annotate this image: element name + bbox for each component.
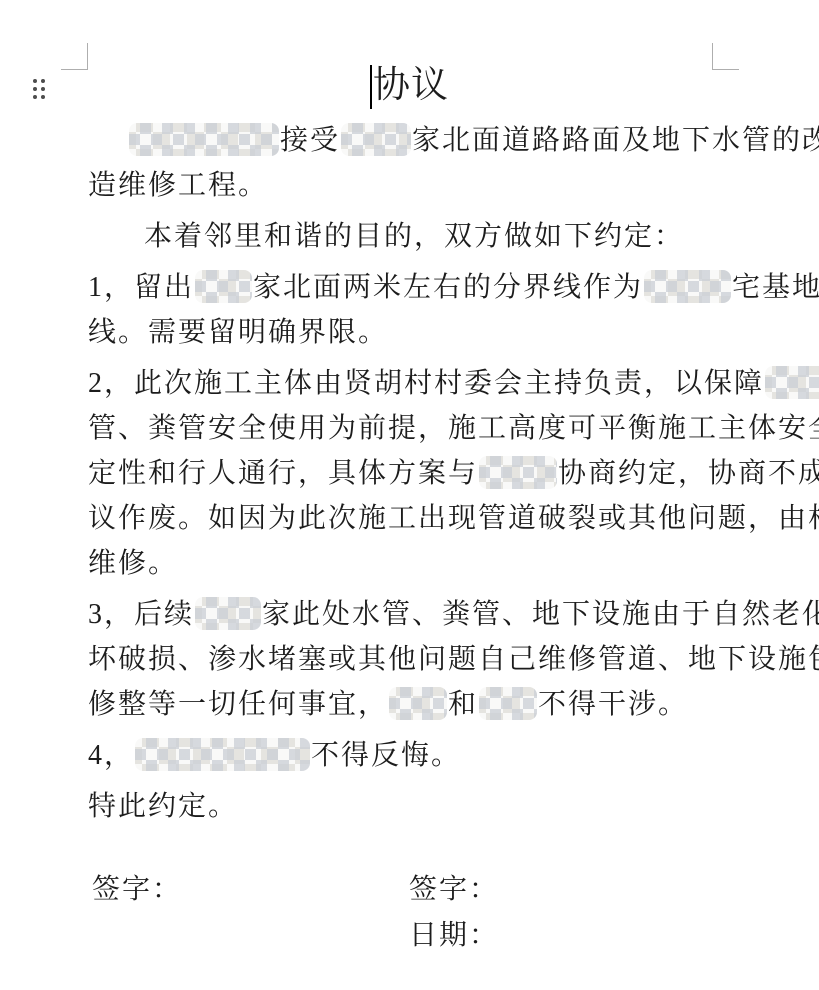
signature-label-right: 签字： (409, 874, 499, 905)
document-page[interactable]: 协议 接受家北面道路路面及地下水管的改造维修工程。本着邻里和谐的目的，双方做如下… (0, 0, 819, 990)
drag-handle-icon[interactable] (33, 79, 45, 99)
text-run: 接受 (280, 125, 340, 156)
paragraph: 接受家北面道路路面及地下水管的改造维修工程。 (88, 118, 718, 208)
text-run: 3，后续 (88, 599, 194, 630)
mosaic-redaction (341, 123, 411, 156)
mosaic-redaction (644, 270, 731, 303)
text-run: 家北面道路路面及地下水管的改 (412, 125, 819, 156)
text-line: 特此约定。 (88, 784, 718, 829)
text-run: 管、粪管安全使用为前提，施工高度可平衡施工主体安全性、稳 (88, 413, 819, 444)
signature-label-left: 签字： (92, 867, 409, 913)
text-run: 家北面两米左右的分界线作为 (253, 272, 643, 303)
text-run: 本着邻里和谐的目的，双方做如下约定： (144, 221, 684, 252)
mosaic-redaction (129, 123, 279, 156)
text-line: 1，留出家北面两米左右的分界线作为宅基地分界 (88, 265, 718, 310)
text-line: 本着邻里和谐的目的，双方做如下约定： (88, 214, 718, 259)
signature-block: 签字：签字： 日期： (0, 867, 819, 959)
text-cursor (370, 65, 372, 109)
paragraph: 特此约定。 (88, 784, 718, 829)
text-line: 4，不得反悔。 (88, 733, 718, 778)
text-run: 2，此次施工主体由贤胡村村委会主持负责，以保障 (88, 368, 764, 399)
text-line: 接受家北面道路路面及地下水管的改 (88, 118, 718, 163)
text-run: 不得干涉。 (538, 689, 688, 720)
text-run: 不得反悔。 (311, 740, 461, 771)
text-line: 维修。 (88, 541, 718, 586)
mosaic-redaction (195, 597, 261, 630)
text-run: 议作废。如因为此次施工出现管道破裂或其他问题，由村委负责 (88, 503, 819, 534)
paragraph: 3，后续家此处水管、粪管、地下设施由于自然老化、压坏破损、渗水堵塞或其他问题自己… (88, 592, 718, 727)
text-run: 和 (448, 689, 478, 720)
text-run: 坏破损、渗水堵塞或其他问题自己维修管道、地下设施包括路面 (88, 644, 819, 675)
paragraph: 2，此次施工主体由贤胡村村委会主持负责，以保障家水管、粪管安全使用为前提，施工高… (88, 361, 718, 586)
document-body[interactable]: 接受家北面道路路面及地下水管的改造维修工程。本着邻里和谐的目的，双方做如下约定：… (0, 112, 718, 829)
mosaic-redaction (195, 270, 252, 303)
text-line: 定性和行人通行，具体方案与协商约定，协商不成，此协 (88, 451, 718, 496)
mosaic-redaction (765, 366, 819, 399)
text-run: 特此约定。 (88, 791, 238, 822)
text-run: 4， (88, 740, 134, 771)
paragraph: 本着邻里和谐的目的，双方做如下约定： (88, 214, 718, 259)
text-line: 管、粪管安全使用为前提，施工高度可平衡施工主体安全性、稳 (88, 406, 718, 451)
mosaic-redaction (479, 456, 557, 489)
text-boundary-corner-mark-right (712, 43, 739, 70)
text-run: 造维修工程。 (88, 170, 268, 201)
text-line: 2，此次施工主体由贤胡村村委会主持负责，以保障家水 (88, 361, 718, 406)
text-run: 修整等一切任何事宜， (88, 689, 388, 720)
text-run: 线。需要留明确界限。 (88, 317, 388, 348)
text-boundary-corner-mark-left (61, 43, 88, 70)
text-line: 坏破损、渗水堵塞或其他问题自己维修管道、地下设施包括路面 (88, 637, 718, 682)
text-run: 协商约定，协商不成，此协 (558, 458, 819, 489)
mosaic-redaction (389, 687, 447, 720)
text-line: 3，后续家此处水管、粪管、地下设施由于自然老化、压 (88, 592, 718, 637)
date-label: 日期： (409, 913, 499, 959)
text-line: 造维修工程。 (88, 163, 718, 208)
date-row: 日期： (0, 913, 819, 959)
text-line: 修整等一切任何事宜，和不得干涉。 (88, 682, 718, 727)
text-run: 维修。 (88, 548, 178, 579)
document-title-line: 协议 (0, 0, 819, 112)
text-run: 定性和行人通行，具体方案与 (88, 458, 478, 489)
mosaic-redaction (135, 738, 310, 771)
text-run: 家此处水管、粪管、地下设施由于自然老化、压 (262, 599, 819, 630)
text-run: 1，留出 (88, 272, 194, 303)
paragraph: 1，留出家北面两米左右的分界线作为宅基地分界线。需要留明确界限。 (88, 265, 718, 355)
signature-row: 签字：签字： (0, 867, 819, 913)
text-line: 议作废。如因为此次施工出现管道破裂或其他问题，由村委负责 (88, 496, 718, 541)
text-run: 宅基地分界 (732, 272, 819, 303)
text-line: 线。需要留明确界限。 (88, 310, 718, 355)
page-title: 协议 (373, 65, 449, 106)
paragraph: 4，不得反悔。 (88, 733, 718, 778)
mosaic-redaction (479, 687, 537, 720)
